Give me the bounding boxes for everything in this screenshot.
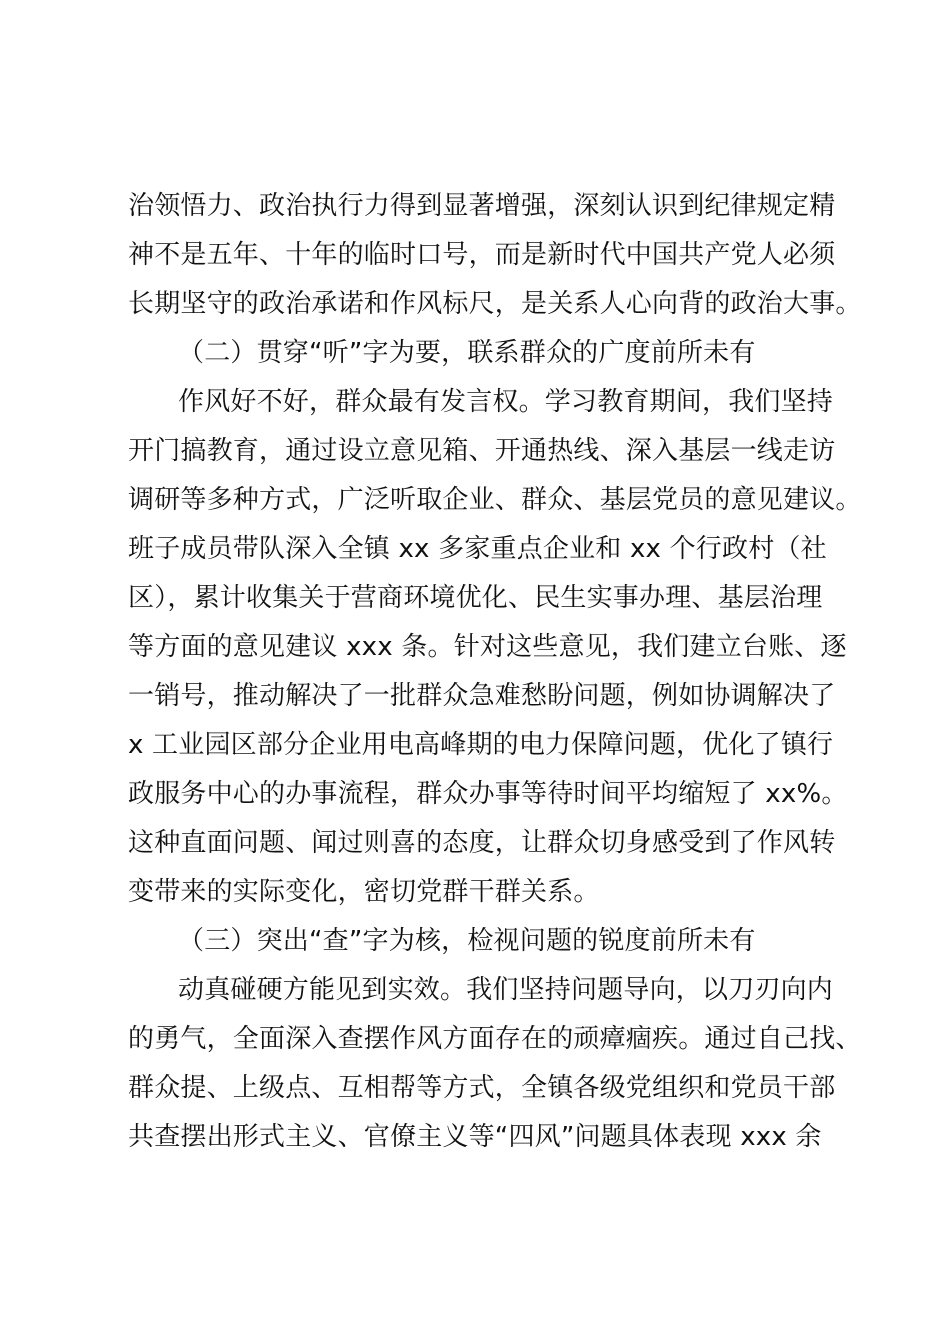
body-text-line: 开门搞教育，通过设立意见箱、开通热线、深入基层一线走访 [128,427,838,476]
body-text-line: 政服务中心的办事流程，群众办事等待时间平均缩短了 xx%。 [128,770,838,819]
paragraph-first-line: 动真碰硬方能见到实效。我们坚持问题导向，以刀刃向内 [178,966,838,1015]
body-text-line: 长期坚守的政治承诺和作风标尺，是关系人心向背的政治大事。 [128,280,838,329]
body-text-line: 群众提、上级点、互相帮等方式，全镇各级党组织和党员干部 [128,1064,838,1113]
body-text-line: 这种直面问题、闻过则喜的态度，让群众切身感受到了作风转 [128,819,838,868]
body-text-line: 调研等多种方式，广泛听取企业、群众、基层党员的意见建议。 [128,476,838,525]
body-text-line: x 工业园区部分企业用电高峰期的电力保障问题，优化了镇行 [128,721,838,770]
body-text-line: 等方面的意见建议 xxx 条。针对这些意见，我们建立台账、逐 [128,623,838,672]
document-page: 治领悟力、政治执行力得到显著增强，深刻认识到纪律规定精 神不是五年、十年的临时口… [0,0,950,1344]
body-text-line: 区），累计收集关于营商环境优化、民生实事办理、基层治理 [128,574,838,623]
body-text-line: 共查摆出形式主义、官僚主义等“四风”问题具体表现 xxx 余 [128,1113,838,1162]
body-text-line: 神不是五年、十年的临时口号，而是新时代中国共产党人必须 [128,231,838,280]
paragraph-first-line: 作风好不好，群众最有发言权。学习教育期间，我们坚持 [178,378,838,427]
body-text-line: 班子成员带队深入全镇 xx 多家重点企业和 xx 个行政村（社 [128,525,838,574]
body-text-line: 一销号，推动解决了一批群众急难愁盼问题，例如协调解决了 [128,672,838,721]
body-text-line: 治领悟力、政治执行力得到显著增强，深刻认识到纪律规定精 [128,182,838,231]
section-heading-3: （三）突出“查”字为核，检视问题的锐度前所未有 [178,917,888,966]
body-text-line: 的勇气，全面深入查摆作风方面存在的顽瘴痼疾。通过自己找、 [128,1015,838,1064]
section-heading-2: （二）贯穿“听”字为要，联系群众的广度前所未有 [178,329,888,378]
body-text-line: 变带来的实际变化，密切党群干群关系。 [128,868,838,917]
